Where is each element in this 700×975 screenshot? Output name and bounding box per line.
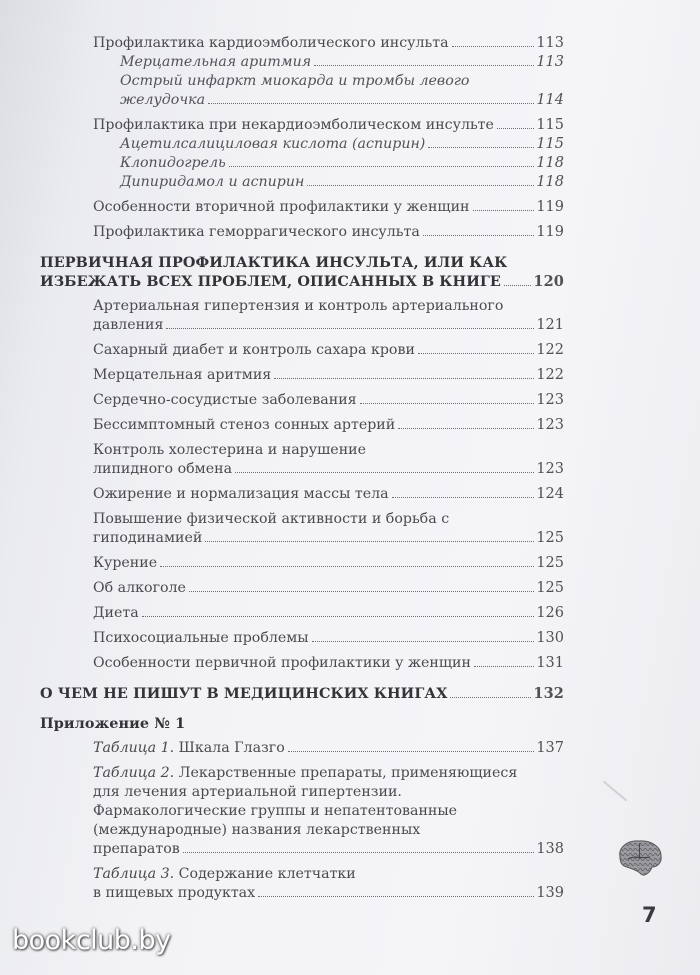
table-label: Таблица 2. [93, 765, 174, 781]
toc-entry-title: Артериальная гипертензия и контроль арте… [93, 298, 503, 314]
toc-page-number: 130 [536, 629, 564, 648]
toc-entry-text: Фармакологические группы и непатентованн… [93, 803, 457, 819]
toc-entry[interactable]: Профилактика геморрагического инсульта11… [40, 223, 564, 242]
toc-entry[interactable]: Таблица 1. Шкала Глазго137 [40, 739, 564, 758]
toc-entry-text: (международные) названия лекарственных [93, 822, 420, 838]
toc-entry-text: Шкала Глазго [174, 740, 285, 756]
toc-entry-title: Ацетилсалициловая кислота (аспирин) [120, 135, 425, 154]
toc-entry-title: Ожирение и нормализация массы тела [93, 485, 389, 504]
toc-entry-title: в пищевых продуктах [93, 884, 255, 903]
toc-entry[interactable]: Курение125 [40, 554, 564, 573]
toc-entry-title: Особенности вторичной профилактики у жен… [93, 198, 470, 217]
toc-entry-text: Ацетилсалициловая кислота (аспирин) [120, 136, 425, 152]
toc-entry-title: Таблица 3. Содержание клетчатки [93, 866, 356, 882]
toc-page-number: 122 [536, 366, 564, 385]
toc-entry-text: Содержание клетчатки [174, 866, 356, 882]
dot-leader [423, 235, 534, 236]
toc-page-number: 125 [536, 529, 564, 548]
toc-entry[interactable]: Ацетилсалициловая кислота (аспирин)115 [40, 135, 564, 154]
toc-page-number: 123 [536, 460, 564, 479]
toc-entry-title: Профилактика кардиоэмболического инсульт… [93, 34, 449, 53]
dot-leader [307, 185, 534, 186]
toc-entry-text: Контроль холестерина и нарушение [93, 442, 366, 458]
toc-entry-title: Профилактика при некардиоэмболическом ин… [93, 116, 494, 135]
toc-entry[interactable]: Диета126 [40, 604, 564, 623]
toc-entry-text: Диета [93, 605, 139, 621]
toc-entry[interactable]: Сердечно-сосудистые заболевания123 [40, 391, 564, 410]
toc-entry-title: Острый инфаркт миокарда и тромбы левого [120, 73, 469, 89]
toc-page-number: 122 [536, 341, 564, 360]
toc-entry-text: давления [93, 317, 163, 333]
toc-entry-title: давления [93, 316, 163, 335]
toc-entry[interactable]: Психосоциальные проблемы130 [40, 629, 564, 648]
toc-entry[interactable]: Об алкоголе125 [40, 579, 564, 598]
toc-entry[interactable]: Дипиридамол и аспирин118 [40, 173, 564, 192]
toc-entry[interactable]: Таблица 2. Лекарственные препараты, прим… [40, 764, 564, 859]
toc-entry[interactable]: Клопидогрель118 [40, 154, 564, 173]
toc-entry[interactable]: О ЧЕМ НЕ ПИШУТ В МЕДИЦИНСКИХ КНИГАХ132 [40, 684, 564, 703]
toc-entry-text: Сердечно-сосудистые заболевания [93, 392, 357, 408]
toc-entry-title: Профилактика геморрагического инсульта [93, 223, 420, 242]
toc-entry-title: ПЕРВИЧНАЯ ПРОФИЛАКТИКА ИНСУЛЬТА, ИЛИ КАК [40, 254, 507, 271]
toc-entry[interactable]: Профилактика при некардиоэмболическом ин… [40, 116, 564, 135]
toc-page-number: 139 [536, 884, 564, 903]
toc-entry-title: Сахарный диабет и контроль сахара крови [93, 341, 415, 360]
watermark: bookclub.by [12, 925, 171, 956]
toc-entry-title: Об алкоголе [93, 579, 186, 598]
toc-entry[interactable]: Бессимптомный стеноз сонных артерий123 [40, 416, 564, 435]
toc-entry-text: Профилактика при некардиоэмболическом ин… [93, 117, 494, 133]
toc-entry-title: гиподинамией [93, 529, 202, 548]
toc-page-number: 120 [533, 272, 564, 291]
toc-entry-title: Таблица 1. Шкала Глазго [93, 739, 285, 758]
dot-leader [428, 147, 534, 148]
dot-leader [312, 641, 535, 642]
toc-entry[interactable]: Приложение № 1 [40, 714, 564, 733]
toc-page-number: 137 [536, 739, 564, 758]
dot-leader [288, 751, 535, 752]
dot-leader [450, 697, 531, 698]
dot-leader [205, 541, 534, 542]
dot-leader [474, 666, 534, 667]
toc-entry-title: Контроль холестерина и нарушение [93, 442, 366, 458]
toc-entry-text: желудочка [120, 92, 205, 108]
dot-leader [189, 591, 534, 592]
page-mark [603, 781, 627, 802]
toc-entry[interactable]: Сахарный диабет и контроль сахара крови1… [40, 341, 564, 360]
toc-entry[interactable]: Артериальная гипертензия и контроль арте… [40, 297, 564, 335]
toc-page-number: 115 [536, 116, 564, 135]
toc-entry-title: Дипиридамол и аспирин [120, 173, 304, 192]
toc-entry-title: Курение [93, 554, 157, 573]
toc-entry-text: Профилактика геморрагического инсульта [93, 224, 420, 240]
dot-leader [398, 428, 534, 429]
dot-leader [452, 46, 535, 47]
toc-entry-title: для лечения артериальной гипертензии. [93, 784, 402, 800]
table-label: Таблица 3. [93, 866, 174, 882]
toc-entry-title: Приложение № 1 [40, 714, 185, 733]
toc-entry-text: Лекарственные препараты, применяющиеся [174, 765, 517, 781]
toc-page-number: 118 [536, 154, 564, 173]
toc-entry[interactable]: Особенности вторичной профилактики у жен… [40, 198, 564, 217]
toc-entry-text: Повышение физической активности и борьба… [93, 511, 449, 527]
toc-entry-title: желудочка [120, 91, 205, 110]
toc-page-number: 113 [536, 34, 564, 53]
toc-entry[interactable]: Особенности первичной профилактики у жен… [40, 654, 564, 673]
toc-entry-title: (международные) названия лекарственных [93, 822, 420, 838]
toc-page-number: 114 [536, 91, 564, 110]
dot-leader [183, 852, 535, 853]
toc-entry-text: Курение [93, 555, 157, 571]
toc-entry-text: Сахарный диабет и контроль сахара крови [93, 342, 415, 358]
dot-leader [392, 497, 535, 498]
toc-page-number: 113 [536, 53, 564, 72]
toc-entry-title: Сердечно-сосудистые заболевания [93, 391, 357, 410]
dot-leader [235, 472, 534, 473]
dot-leader [504, 285, 531, 286]
toc-entry-text: гиподинамией [93, 530, 202, 546]
book-page: Профилактика кардиоэмболического инсульт… [0, 0, 700, 975]
toc-page-number: 118 [536, 173, 564, 192]
toc-entry-text: Мерцательная аритмия [93, 367, 271, 383]
page-number: 7 [642, 903, 657, 927]
toc-page-number: 132 [533, 684, 564, 703]
dot-leader [473, 210, 535, 211]
toc-entry-text: Бессимптомный стеноз сонных артерий [93, 417, 395, 433]
dot-leader [166, 328, 534, 329]
toc-entry[interactable]: Таблица 3. Содержание клетчаткив пищевых… [40, 865, 564, 903]
toc-entry[interactable]: Ожирение и нормализация массы тела124 [40, 485, 564, 504]
toc-page-number: 125 [536, 554, 564, 573]
toc-entry-title: Диета [93, 604, 139, 623]
dot-leader [160, 566, 534, 567]
toc-entry-title: липидного обмена [93, 460, 232, 479]
toc-entry-title: О ЧЕМ НЕ ПИШУТ В МЕДИЦИНСКИХ КНИГАХ [40, 684, 447, 703]
dot-leader [208, 103, 534, 104]
toc-entry-text: Клопидогрель [120, 155, 226, 171]
toc-entry[interactable]: Острый инфаркт миокарда и тромбы левогож… [40, 72, 564, 110]
toc-entry-text: Артериальная гипертензия и контроль арте… [93, 298, 503, 314]
toc-entry-text: Мерцательная аритмия [120, 54, 311, 70]
toc-entry-text: Об алкоголе [93, 580, 186, 596]
dot-leader [142, 616, 535, 617]
toc-entry-text: Психосоциальные проблемы [93, 630, 309, 646]
table-of-contents: Профилактика кардиоэмболического инсульт… [40, 34, 564, 903]
toc-entry-title: Клопидогрель [120, 154, 226, 173]
dot-leader [418, 353, 534, 354]
toc-entry[interactable]: ПЕРВИЧНАЯ ПРОФИЛАКТИКА ИНСУЛЬТА, ИЛИ КАК… [40, 253, 564, 291]
toc-entry-title: Бессимптомный стеноз сонных артерий [93, 416, 395, 435]
toc-page-number: 115 [536, 135, 564, 154]
toc-page-number: 131 [536, 654, 564, 673]
toc-page-number: 121 [536, 316, 564, 335]
toc-entry-text: Дипиридамол и аспирин [120, 174, 304, 190]
toc-entry-title: Фармакологические группы и непатентованн… [93, 803, 457, 819]
toc-entry-text: ИЗБЕЖАТЬ ВСЕХ ПРОБЛЕМ, ОПИСАННЫХ В КНИГЕ [40, 273, 501, 290]
toc-page-number: 126 [536, 604, 564, 623]
toc-page-number: 119 [536, 198, 564, 217]
dot-leader [229, 166, 535, 167]
toc-entry[interactable]: Мерцательная аритмия113 [40, 53, 564, 72]
toc-entry[interactable]: Повышение физической активности и борьба… [40, 510, 564, 548]
toc-page-number: 119 [536, 223, 564, 242]
toc-entry-text: Особенности первичной профилактики у жен… [93, 655, 471, 671]
toc-entry-text: в пищевых продуктах [93, 885, 255, 901]
toc-entry-text: для лечения артериальной гипертензии. [93, 784, 402, 800]
toc-page-number: 123 [536, 391, 564, 410]
table-label: Таблица 1. [93, 740, 174, 756]
dot-leader [274, 378, 534, 379]
toc-entry-title: Таблица 2. Лекарственные препараты, прим… [93, 765, 517, 781]
toc-entry-text: ПЕРВИЧНАЯ ПРОФИЛАКТИКА ИНСУЛЬТА, ИЛИ КАК [40, 254, 507, 271]
toc-page-number: 138 [536, 840, 564, 859]
toc-entry-title: ИЗБЕЖАТЬ ВСЕХ ПРОБЛЕМ, ОПИСАННЫХ В КНИГЕ [40, 272, 501, 291]
toc-entry-text: Особенности вторичной профилактики у жен… [93, 199, 470, 215]
toc-entry[interactable]: Контроль холестерина и нарушениелипидног… [40, 441, 564, 479]
toc-entry-title: Особенности первичной профилактики у жен… [93, 654, 471, 673]
dot-leader [360, 403, 535, 404]
toc-entry-title: Мерцательная аритмия [93, 366, 271, 385]
toc-entry-title: препаратов [93, 840, 180, 859]
toc-entry-title: Психосоциальные проблемы [93, 629, 309, 648]
toc-entry-title: Мерцательная аритмия [120, 53, 311, 72]
brain-icon [614, 837, 666, 879]
dot-leader [258, 896, 534, 897]
toc-entry-text: О ЧЕМ НЕ ПИШУТ В МЕДИЦИНСКИХ КНИГАХ [40, 685, 447, 702]
toc-entry-text: препаратов [93, 841, 180, 857]
toc-page-number: 125 [536, 579, 564, 598]
toc-entry-title: Повышение физической активности и борьба… [93, 511, 449, 527]
toc-entry-text: Острый инфаркт миокарда и тромбы левого [120, 73, 469, 89]
toc-entry-text: липидного обмена [93, 461, 232, 477]
toc-entry[interactable]: Мерцательная аритмия122 [40, 366, 564, 385]
toc-entry-text: Приложение № 1 [40, 715, 185, 732]
dot-leader [314, 65, 534, 66]
toc-page-number: 123 [536, 416, 564, 435]
toc-entry-text: Профилактика кардиоэмболического инсульт… [93, 35, 449, 51]
toc-page-number: 124 [536, 485, 564, 504]
dot-leader [497, 128, 534, 129]
toc-entry[interactable]: Профилактика кардиоэмболического инсульт… [40, 34, 564, 53]
toc-entry-text: Ожирение и нормализация массы тела [93, 486, 389, 502]
